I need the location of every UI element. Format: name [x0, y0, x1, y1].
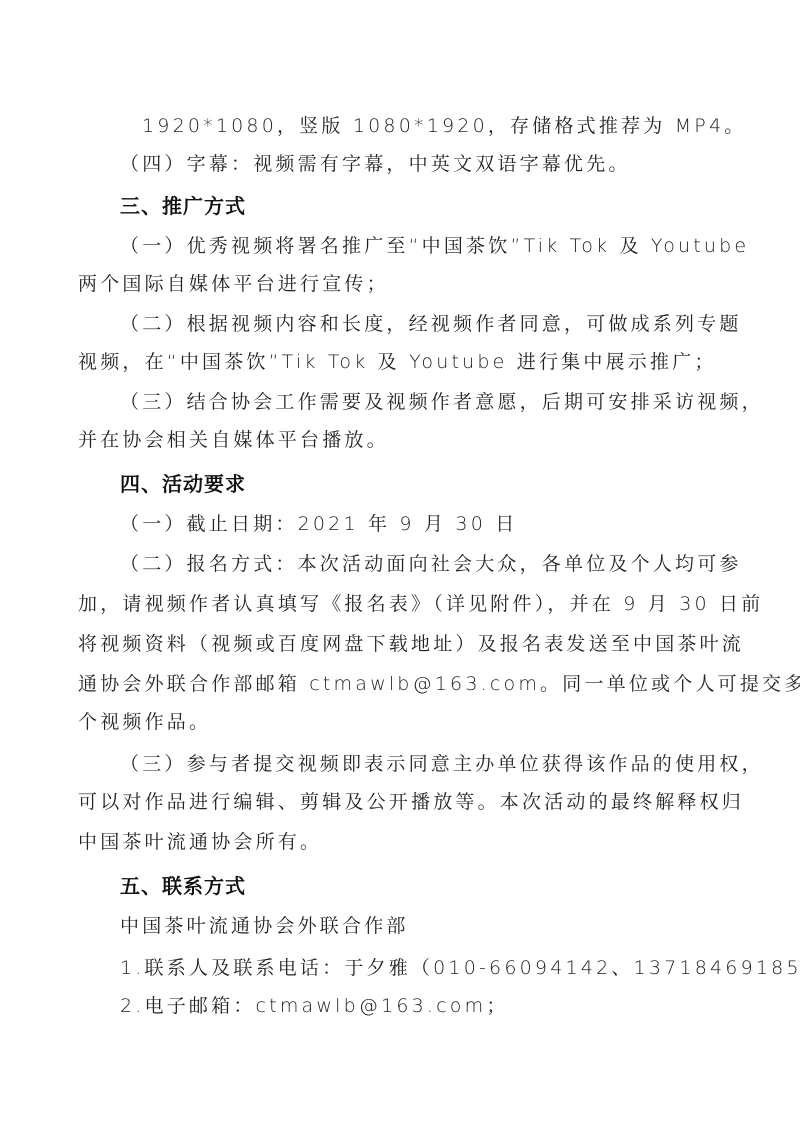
paragraph-usage-rights-cont-2: 中国茶叶流通协会所有。	[78, 830, 322, 854]
paragraph-registration-cont-3: 通协会外联合作部邮箱 ctmawlb@163.com。同一单位或个人可提交多	[78, 672, 723, 696]
paragraph-deadline: （一）截止日期：2021 年 9 月 30 日	[120, 512, 517, 536]
contact-email: 2.电子邮箱：ctmawlb@163.com；	[120, 994, 509, 1018]
paragraph-registration-cont-4: 个视频作品。	[78, 710, 211, 734]
section-heading-requirements: 四、活动要求	[120, 472, 246, 496]
paragraph-subtitles: （四）字幕：视频需有字幕，中英文双语字幕优先。	[120, 152, 631, 176]
paragraph-promotion-1: （一）优秀视频将署名推广至“中国茶饮”Tik Tok 及 Youtube	[120, 234, 724, 258]
paragraph-registration: （二）报名方式：本次活动面向社会大众，各单位及个人均可参	[120, 552, 724, 576]
paragraph-promotion-2: （二）根据视频内容和长度，经视频作者同意，可做成系列专题	[120, 312, 724, 336]
paragraph-registration-cont-2: 将视频资料（视频或百度网盘下载地址）及报名表发送至中国茶叶流	[78, 632, 723, 656]
paragraph-promotion-2-cont: 视频，在“中国茶饮”Tik Tok 及 Youtube 进行集中展示推广；	[78, 350, 717, 374]
section-heading-contact: 五、联系方式	[120, 874, 246, 898]
paragraph-video-format-continued: 1920*1080，竖版 1080*1920，存储格式推荐为 MP4。	[142, 114, 746, 138]
contact-department: 中国茶叶流通协会外联合作部	[120, 914, 409, 938]
paragraph-promotion-3-cont: 并在协会相关自媒体平台播放。	[78, 428, 389, 452]
paragraph-promotion-3: （三）结合协会工作需要及视频作者意愿，后期可安排采访视频，	[120, 390, 724, 414]
paragraph-usage-rights: （三）参与者提交视频即表示同意主办单位获得该作品的使用权，	[120, 752, 724, 776]
paragraph-promotion-1-cont: 两个国际自媒体平台进行宣传；	[78, 272, 389, 296]
paragraph-usage-rights-cont-1: 可以对作品进行编辑、剪辑及公开播放等。本次活动的最终解释权归	[78, 790, 723, 814]
paragraph-registration-cont-1: 加，请视频作者认真填写《报名表》（详见附件），并在 9 月 30 日前	[78, 592, 723, 616]
contact-person-phone: 1.联系人及联系电话：于夕雅（010-66094142、13718469185）	[120, 956, 800, 980]
section-heading-promotion: 三、推广方式	[120, 194, 246, 218]
